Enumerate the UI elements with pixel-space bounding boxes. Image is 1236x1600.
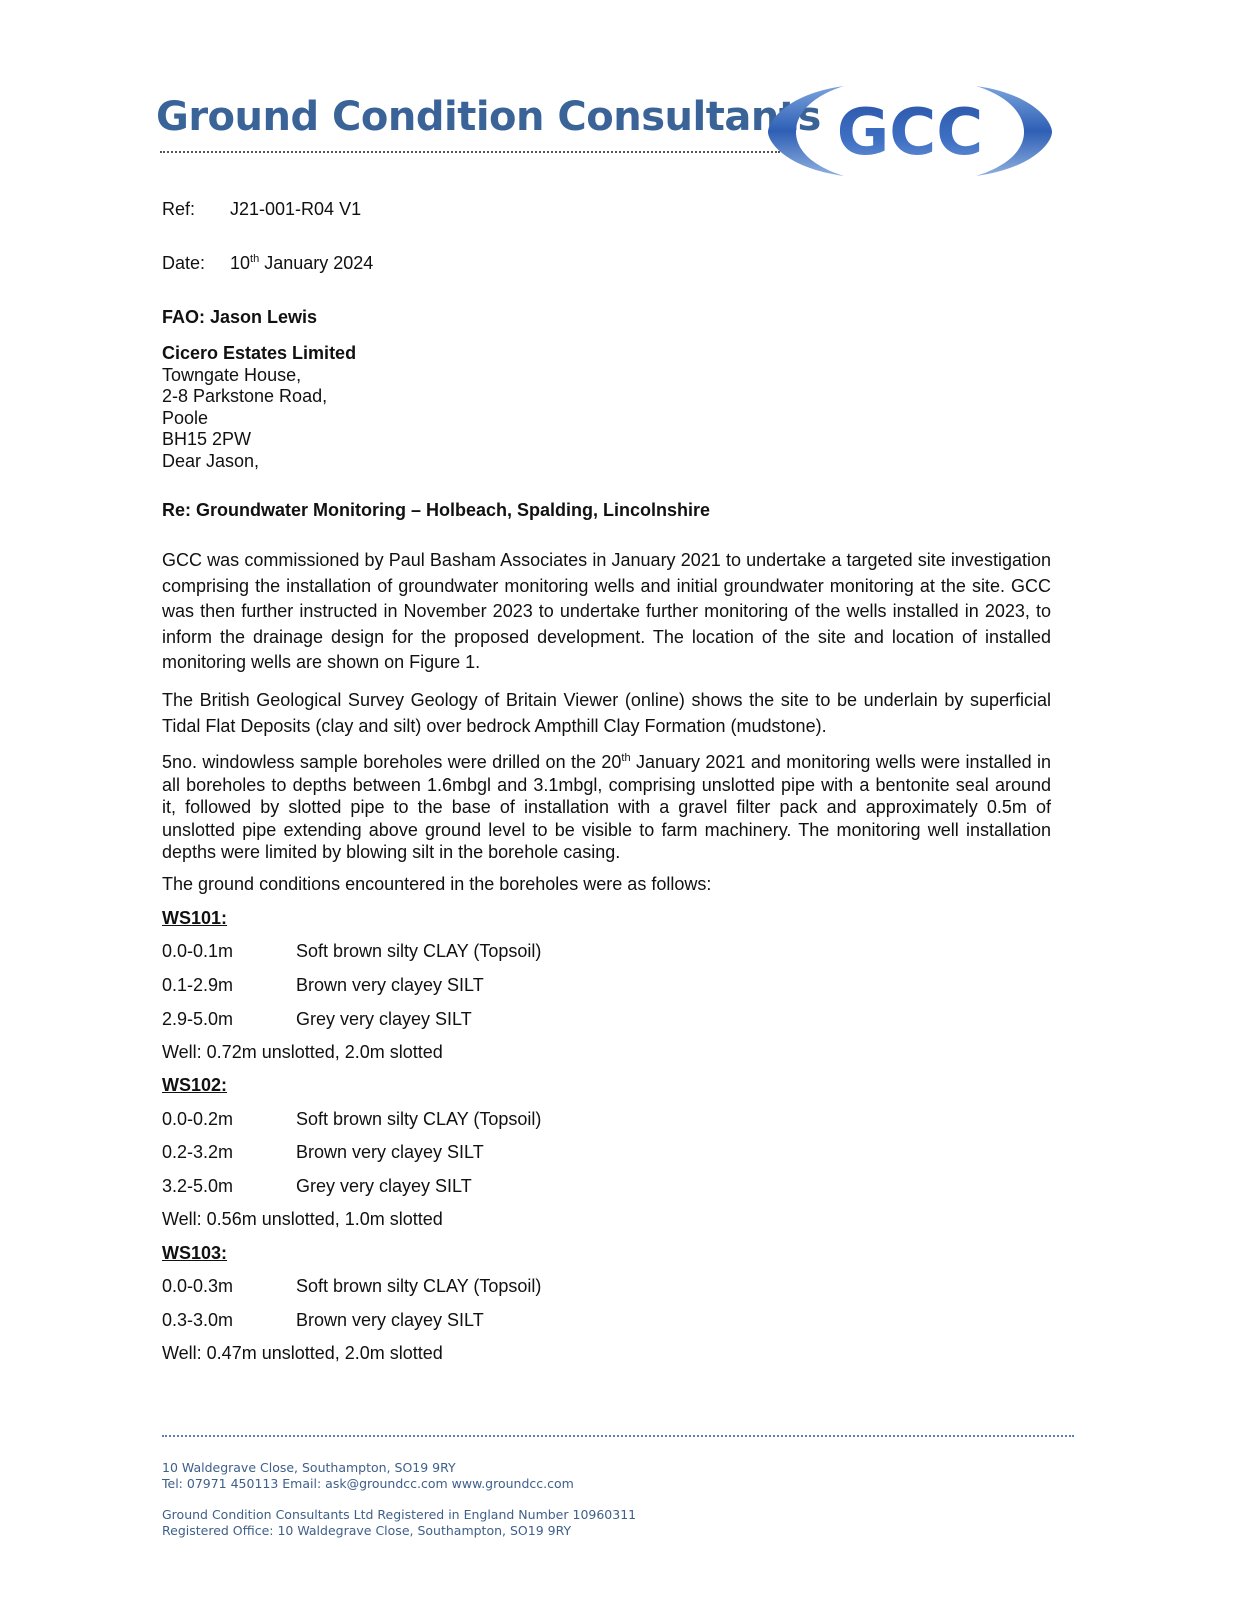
- stratum-row: 0.0-0.3mSoft brown silty CLAY (Topsoil): [162, 1276, 541, 1297]
- fao-line: FAO: Jason Lewis: [162, 307, 317, 329]
- recipient-company: Cicero Estates Limited: [162, 343, 356, 365]
- paragraph-geology: The British Geological Survey Geology of…: [162, 688, 1051, 739]
- stratum-row: 0.2-3.2mBrown very clayey SILT: [162, 1142, 484, 1163]
- ref-value: J21-001-R04 V1: [230, 199, 361, 219]
- date-rest: January 2024: [259, 253, 373, 273]
- stratum-row: 0.1-2.9mBrown very clayey SILT: [162, 975, 484, 996]
- borehole-title: WS101:: [162, 908, 227, 929]
- stratum-row: 0.3-3.0mBrown very clayey SILT: [162, 1310, 484, 1331]
- stratum-row: 3.2-5.0mGrey very clayey SILT: [162, 1176, 472, 1197]
- date-day: 10: [230, 253, 250, 273]
- subject-line: Re: Groundwater Monitoring – Holbeach, S…: [162, 500, 710, 522]
- paragraph-boreholes: 5no. windowless sample boreholes were dr…: [162, 751, 1051, 864]
- footer-contact-line: Tel: 07971 450113 Email: ask@groundcc.co…: [162, 1476, 574, 1492]
- date-suffix: th: [250, 253, 259, 265]
- reference-row: Ref:J21-001-R04 V1: [162, 199, 361, 220]
- well-details: Well: 0.72m unslotted, 2.0m slotted: [162, 1042, 443, 1063]
- paragraph-commission: GCC was commissioned by Paul Basham Asso…: [162, 548, 1051, 676]
- logo-text: GCC: [837, 96, 983, 170]
- header-divider: [160, 151, 780, 153]
- date-row: Date:10th January 2024: [162, 253, 373, 274]
- address-line: Poole: [162, 408, 356, 430]
- footer-divider: [162, 1435, 1074, 1437]
- gcc-logo: GCC: [766, 82, 1054, 180]
- recipient-address: Cicero Estates Limited Towngate House, 2…: [162, 343, 356, 472]
- salutation: Dear Jason,: [162, 451, 356, 473]
- borehole-title: WS102:: [162, 1075, 227, 1096]
- footer-registration-line: Ground Condition Consultants Ltd Registe…: [162, 1507, 636, 1523]
- footer-registration: Ground Condition Consultants Ltd Registe…: [162, 1507, 636, 1539]
- stratum-row: 2.9-5.0mGrey very clayey SILT: [162, 1009, 472, 1030]
- well-details: Well: 0.56m unslotted, 1.0m slotted: [162, 1209, 443, 1230]
- footer-address: 10 Waldegrave Close, Southampton, SO19 9…: [162, 1460, 574, 1476]
- footer-contact: 10 Waldegrave Close, Southampton, SO19 9…: [162, 1460, 574, 1492]
- stratum-row: 0.0-0.2mSoft brown silty CLAY (Topsoil): [162, 1109, 541, 1130]
- stratum-row: 0.0-0.1mSoft brown silty CLAY (Topsoil): [162, 941, 541, 962]
- footer-registered-office: Registered Office: 10 Waldegrave Close, …: [162, 1523, 636, 1539]
- address-line: 2-8 Parkstone Road,: [162, 386, 356, 408]
- well-details: Well: 0.47m unslotted, 2.0m slotted: [162, 1343, 443, 1364]
- address-line: BH15 2PW: [162, 429, 356, 451]
- company-name: Ground Condition Consultants: [156, 94, 821, 140]
- date-label: Date:: [162, 253, 230, 274]
- address-line: Towngate House,: [162, 365, 356, 387]
- paragraph-ground-conditions: The ground conditions encountered in the…: [162, 874, 711, 895]
- borehole-title: WS103:: [162, 1243, 227, 1264]
- ref-label: Ref:: [162, 199, 230, 220]
